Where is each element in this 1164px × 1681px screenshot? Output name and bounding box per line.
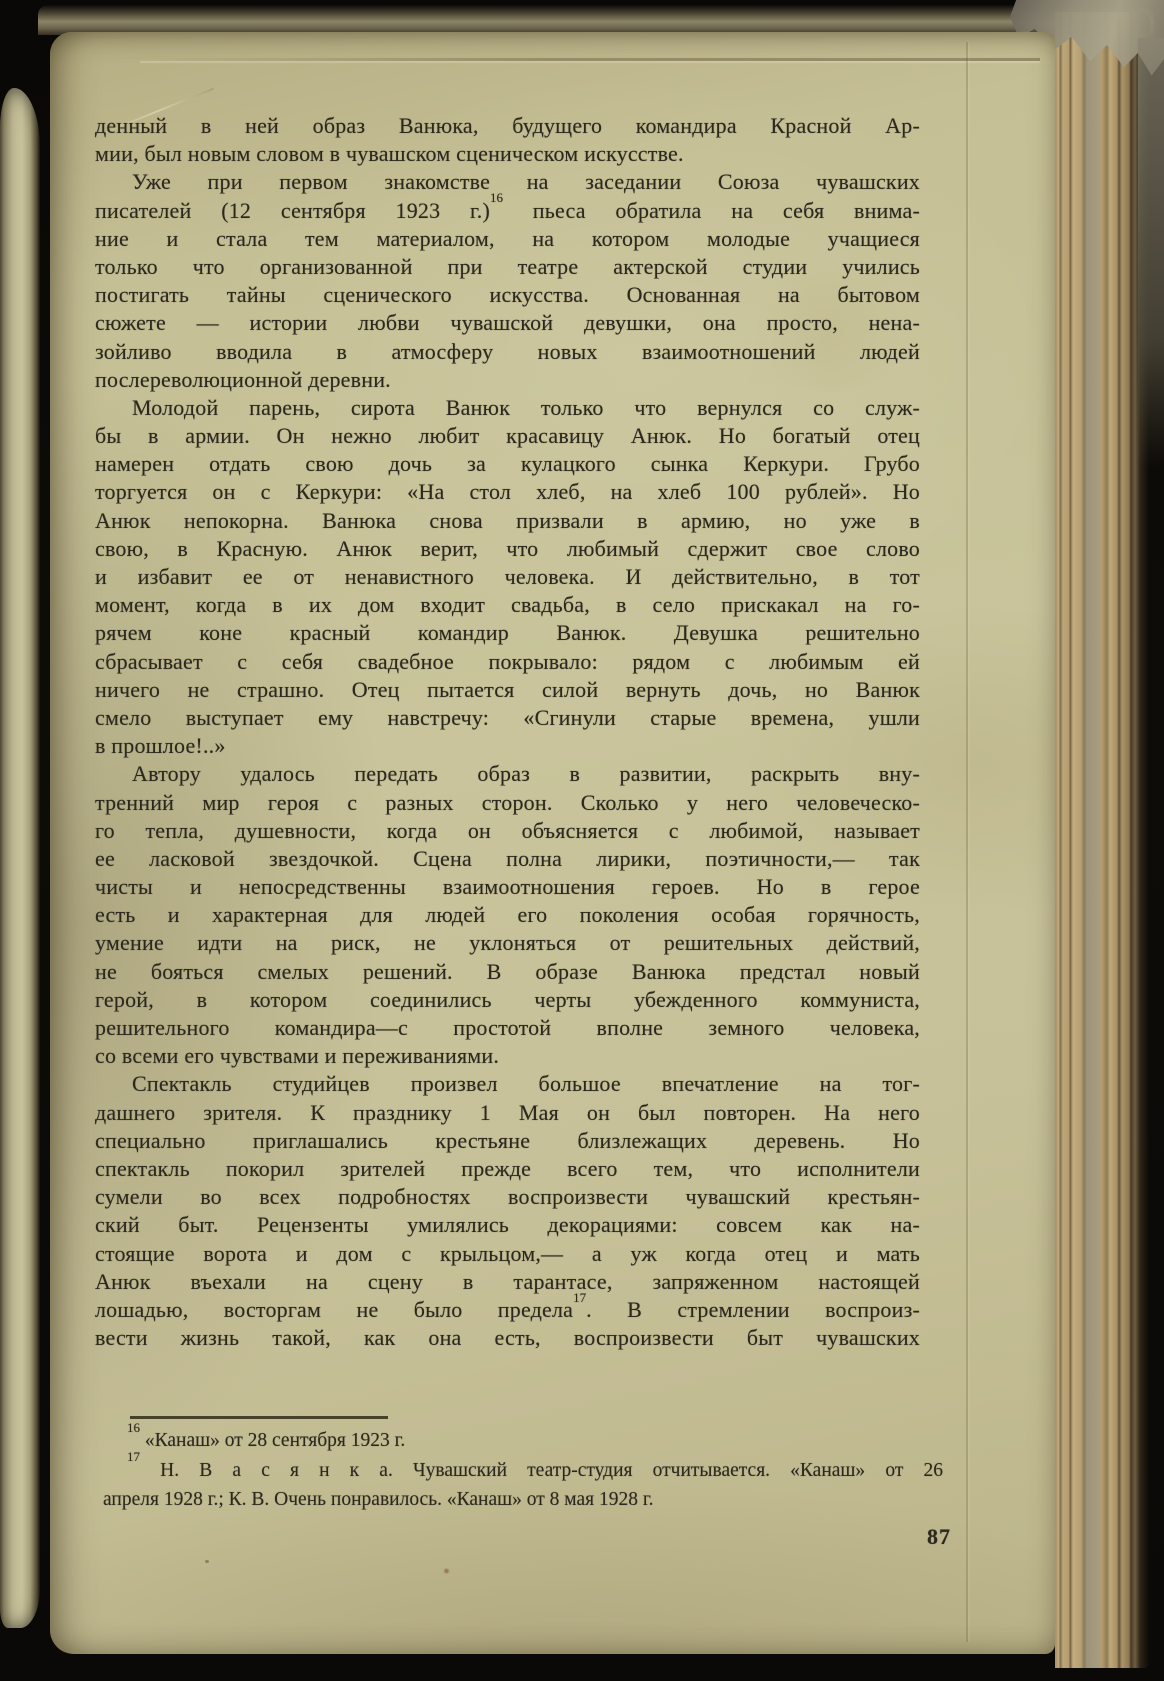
text-line: сюжете — истории любви чувашской девушки… xyxy=(95,309,920,337)
text-line: умение идти на риск, не уклоняться от ре… xyxy=(95,929,920,957)
text-line: Автору удалось передать образ в развитии… xyxy=(95,760,920,788)
page-block-top-edge xyxy=(38,5,1154,35)
text-line: свою, в Красную. Анюк верит, что любимый… xyxy=(95,535,920,563)
text-line: зойливо вводила в атмосферу новых взаимо… xyxy=(95,338,920,366)
text-line: в прошлое!..» xyxy=(95,732,920,760)
text-line: го тепла, душевности, когда он объясняет… xyxy=(95,817,920,845)
text-line: намерен отдать свою дочь за кулацкого сы… xyxy=(95,450,920,478)
text-line: и избавит ее от ненавистного человека. И… xyxy=(95,563,920,591)
text-line: вести жизнь такой, как она есть, воспрои… xyxy=(95,1324,920,1352)
body-text: денный в ней образ Ванюка, будущего кома… xyxy=(95,112,920,1352)
scanned-book-photo: { "page": { "number": "87", "body": [ { … xyxy=(0,0,1164,1681)
text-line: Анюк непокорна. Ванюка снова призвали в … xyxy=(95,507,920,535)
text-line: ничего не страшно. Отец пытается силой в… xyxy=(95,676,920,704)
text-line: момент, когда в их дом входит свадьба, в… xyxy=(95,591,920,619)
text-line: мии, был новым словом в чувашском сценич… xyxy=(95,140,920,168)
right-crease-line xyxy=(966,42,968,1642)
text-column: денный в ней образ Ванюка, будущего кома… xyxy=(95,112,920,1515)
text-line: послереволюционной деревни. xyxy=(95,366,920,394)
text-line: герой, в котором соединились черты убежд… xyxy=(95,986,920,1014)
text-line: сбрасывает с себя свадебное покрывало: р… xyxy=(95,648,920,676)
text-line: смело выступает ему навстречу: «Сгинули … xyxy=(95,704,920,732)
top-crease-line xyxy=(140,58,1040,61)
text-line: специально приглашались крестьяне близле… xyxy=(95,1127,920,1155)
footnote-rule xyxy=(130,1416,388,1419)
text-line: со всеми его чувствами и переживаниями. xyxy=(95,1042,920,1070)
fore-edge-page-stack xyxy=(1055,12,1150,1668)
text-line: писателей (12 сентября 1923 г.)16 пьеса … xyxy=(95,197,920,225)
text-line: только что организованной при театре акт… xyxy=(95,253,920,281)
text-line: есть и характерная для людей его поколен… xyxy=(95,901,920,929)
text-line: не бояться смелых решений. В образе Ваню… xyxy=(95,958,920,986)
text-line: тренний мир героя с разных сторон. Сколь… xyxy=(95,789,920,817)
book-scene: денный в ней образ Ванюка, будущего кома… xyxy=(0,0,1164,1681)
text-line: сумели во всех подробностях воспроизвест… xyxy=(95,1183,920,1211)
text-line: дашнего зрителя. К празднику 1 Мая он бы… xyxy=(95,1099,920,1127)
text-line: рячем коне красный командир Ванюк. Девуш… xyxy=(95,619,920,647)
text-line: Уже при первом знакомстве на заседании С… xyxy=(95,168,920,196)
text-line: Спектакль студийцев произвел большое впе… xyxy=(95,1070,920,1098)
paper-stain xyxy=(443,1568,450,1574)
text-line: ние и стала тем материалом, на котором м… xyxy=(95,225,920,253)
text-line: Молодой парень, сирота Ванюк только что … xyxy=(95,394,920,422)
facing-page-edge xyxy=(0,88,40,1628)
text-line: стоящие ворота и дом с крыльцом,— а уж к… xyxy=(95,1240,920,1268)
text-line: ский быт. Рецензенты умилялись декорация… xyxy=(95,1211,920,1239)
book-page: денный в ней образ Ванюка, будущего кома… xyxy=(50,32,1055,1654)
footnotes: 16 «Канаш» от 28 сентября 1923 г.17 Н. В… xyxy=(95,1426,943,1515)
text-line: спектакль покорил зрителей прежде всего … xyxy=(95,1155,920,1183)
footnote-line: 16 «Канаш» от 28 сентября 1923 г. xyxy=(95,1426,943,1456)
text-line: чисты и непосредственны взаимоотношения … xyxy=(95,873,920,901)
text-line: постигать тайны сценического искусства. … xyxy=(95,281,920,309)
text-line: Анюк въехали на сцену в тарантасе, запря… xyxy=(95,1268,920,1296)
text-line: ее ласковой звездочкой. Сцена полна лири… xyxy=(95,845,920,873)
page-number: 87 xyxy=(927,1524,951,1550)
text-line: решительного командира—с простотой вполн… xyxy=(95,1014,920,1042)
paper-speck xyxy=(205,1560,209,1563)
footnote-line: 17 Н. В а с я н к а. Чувашский театр-сту… xyxy=(95,1456,943,1486)
text-line: бы в армии. Он нежно любит красавицу Аню… xyxy=(95,422,920,450)
footnote-line: апреля 1928 г.; К. В. Очень понравилось.… xyxy=(95,1485,943,1515)
text-line: торгуется он с Керкури: «На стол хлеб, н… xyxy=(95,478,920,506)
text-line: денный в ней образ Ванюка, будущего кома… xyxy=(95,112,920,140)
text-line: лошадью, восторгам не было предела17. В … xyxy=(95,1296,920,1324)
binding-remnant-strip xyxy=(1138,38,1164,468)
